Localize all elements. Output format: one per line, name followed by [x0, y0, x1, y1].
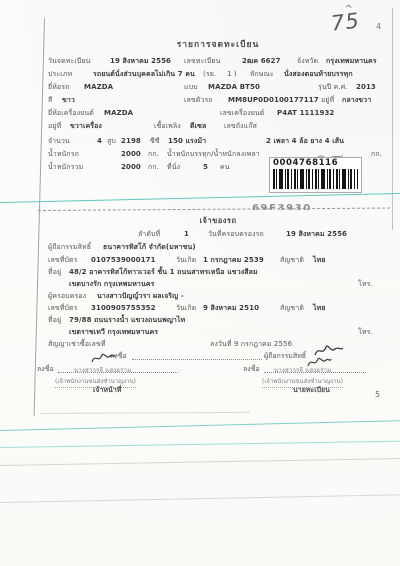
- doc-text: 2000: [121, 163, 141, 172]
- doc-text: กรุงเทพมหานคร: [326, 57, 377, 66]
- perforation-line: [38, 208, 390, 211]
- doc-text: เชื้อเพลิง: [154, 122, 181, 131]
- doc-text: อยู่ที่: [48, 122, 61, 131]
- doc-text: สูบ: [107, 137, 116, 146]
- doc-text: MAZDA: [84, 83, 113, 92]
- doc-text: กก.: [148, 163, 159, 172]
- doc-text: MAZDA: [104, 109, 133, 118]
- doc-text: น้ำหนักรวม: [48, 163, 83, 172]
- doc-text: ไทย: [313, 304, 326, 313]
- doc-text: ซีซี: [150, 137, 160, 146]
- doc-text: จำนวน: [48, 137, 70, 146]
- holder-role-label: ผู้ถือกรรมสิทธิ์: [264, 351, 306, 362]
- doc-text: ที่อยู่: [48, 316, 61, 325]
- handwritten-number: 75: [330, 8, 361, 35]
- barcode-bars-icon: [273, 169, 358, 189]
- registration-document: ^ 75 4 5 รายการจดทะเบียน เจ้าของรถ วันจด…: [0, 0, 400, 566]
- stamp-code: 69F3930: [252, 203, 312, 210]
- doc-text: สัญชาติ: [280, 304, 304, 313]
- sign-label-left: ลงชื่อ: [37, 364, 54, 375]
- doc-text: สัญชาติ: [280, 256, 304, 265]
- sign-label-right: ลงชื่อ: [243, 364, 260, 375]
- doc-text: สี: [48, 96, 52, 105]
- doc-text: กก.: [148, 150, 159, 159]
- doc-text: 79/88 ถนนรางน้ำ แขวงถนนพญาไท: [69, 316, 185, 325]
- doc-text: กลางขวา: [342, 96, 371, 105]
- doc-text: ลักษณะ: [250, 70, 274, 79]
- signature-line: [132, 351, 262, 360]
- doc-text: MAZDA BT50: [208, 83, 260, 92]
- doc-text: MM8UP0D0100177117: [228, 96, 319, 105]
- doc-text: 1 ): [227, 70, 237, 79]
- doc-text: อยู่ที่: [321, 96, 334, 105]
- doc-text: 4: [97, 137, 102, 146]
- doc-text: ที่อยู่: [48, 268, 61, 277]
- doc-text: 19 สิงหาคม 2556: [286, 230, 347, 239]
- doc-text: รถยนต์นั่งส่วนบุคคลไม่เกิน 7 คน: [93, 70, 195, 79]
- doc-text: เขตราชเทวี กรุงเทพมหานคร: [69, 328, 158, 337]
- doc-text: วันจดทะเบียน: [48, 57, 90, 66]
- doc-text: 2198: [121, 137, 141, 146]
- doc-text: วันเกิด: [176, 304, 196, 313]
- signature-mark: [90, 351, 116, 370]
- doc-text: แบบ: [184, 83, 198, 92]
- doc-text: 2000: [121, 150, 141, 159]
- doc-text: นางสาวปัญญ์วรา ผลเจริญ -: [97, 292, 184, 301]
- doc-text: รุ่นปี ค.ศ.: [318, 83, 348, 92]
- doc-text: ผู้ครอบครอง: [48, 292, 86, 301]
- page-number: 5: [375, 390, 380, 399]
- barcode: 0004768116: [269, 157, 362, 193]
- role-label-officer: เจ้าหน้าที่: [93, 385, 121, 396]
- doc-text: เลขทะเบียน: [184, 57, 220, 66]
- document-title: รายการจดทะเบียน: [38, 37, 398, 51]
- doc-text: ดีเซล: [190, 122, 206, 131]
- scan-line: [0, 494, 400, 503]
- signature-mark: [306, 355, 332, 374]
- doc-text: ลงวันที่ 9 กรกฎาคม 2556: [210, 340, 292, 349]
- doc-text: วันที่ครอบครองรถ: [208, 230, 264, 239]
- doc-text: 1 กรกฎาคม 2539: [203, 256, 264, 265]
- doc-text: คน: [220, 163, 230, 172]
- doc-text: ประเภท: [48, 70, 72, 79]
- doc-text: ขาว: [62, 96, 75, 105]
- doc-text: 48/2 อาคารทิสโก้ทาวเวอร์ ชั้น 1 ถนนสาทรเ…: [69, 268, 258, 277]
- scan-line: [0, 458, 400, 466]
- doc-text: ไทย: [313, 256, 326, 265]
- doc-text: น้ำหนักบรรทุก/น้ำหนักลงเพลา: [167, 150, 260, 159]
- doc-text: นั่งสองตอนท้ายบรรทุก: [284, 70, 353, 79]
- doc-text: จังหวัด: [297, 57, 318, 66]
- scan-line: [0, 441, 400, 448]
- scan-line: [0, 420, 400, 431]
- doc-text: 0107539000171: [91, 256, 156, 265]
- doc-text: 2 เพลา 4 ล้อ ยาง 4 เส้น: [266, 137, 344, 146]
- doc-text: เลขตัวรถ: [184, 96, 213, 105]
- doc-text: น้ำหนักรถ: [48, 150, 79, 159]
- doc-text: (รย.: [203, 70, 216, 79]
- doc-text: เลขเครื่องยนต์: [220, 109, 264, 118]
- doc-text: กก.: [371, 150, 382, 159]
- doc-text: 2013: [356, 83, 376, 92]
- doc-text: 2ฒค 6627: [242, 57, 281, 66]
- role-label-registrar: นายทะเบียน: [293, 385, 330, 396]
- doc-text: โทร.: [358, 328, 373, 337]
- corner-page-number: 4: [376, 22, 381, 31]
- scan-line: [0, 193, 400, 203]
- barcode-number: 0004768116: [270, 158, 361, 168]
- doc-text: 150 แรงม้า: [168, 137, 206, 146]
- doc-text: เลขถังแก๊ส: [224, 122, 257, 131]
- doc-text: ลำดับที่: [138, 230, 160, 239]
- owner-section-title: เจ้าของรถ: [38, 215, 398, 227]
- doc-text: 3100905755352: [91, 304, 156, 313]
- doc-text: โทร.: [358, 280, 373, 289]
- doc-text: ผู้ถือกรรมสิทธิ์: [48, 243, 91, 252]
- doc-text: ยี่ห้อเครื่องยนต์: [48, 109, 94, 118]
- doc-text: 5: [203, 163, 208, 172]
- doc-text: เลขที่บัตร: [48, 304, 78, 313]
- doc-text: P4AT 1111932: [277, 109, 334, 118]
- doc-text: เลขที่บัตร: [48, 256, 78, 265]
- doc-text: สัญญาเช่าซื้อเลขที่: [48, 340, 106, 349]
- doc-text: 9 สิงหาคม 2510: [203, 304, 259, 313]
- doc-text: วันเกิด: [176, 256, 196, 265]
- doc-text: เขตบางรัก กรุงเทพมหานคร: [69, 280, 154, 289]
- doc-text: ขวาเครื่อง: [70, 122, 102, 131]
- doc-text: 19 สิงหาคม 2556: [110, 57, 171, 66]
- doc-text: ที่นั่ง: [167, 163, 180, 172]
- doc-text: ยี่ห้อรถ: [48, 83, 69, 92]
- scan-line: [40, 412, 250, 414]
- doc-text: 1: [184, 230, 189, 239]
- doc-text: ธนาคารทิสโก้ จำกัด(มหาชน): [103, 243, 196, 252]
